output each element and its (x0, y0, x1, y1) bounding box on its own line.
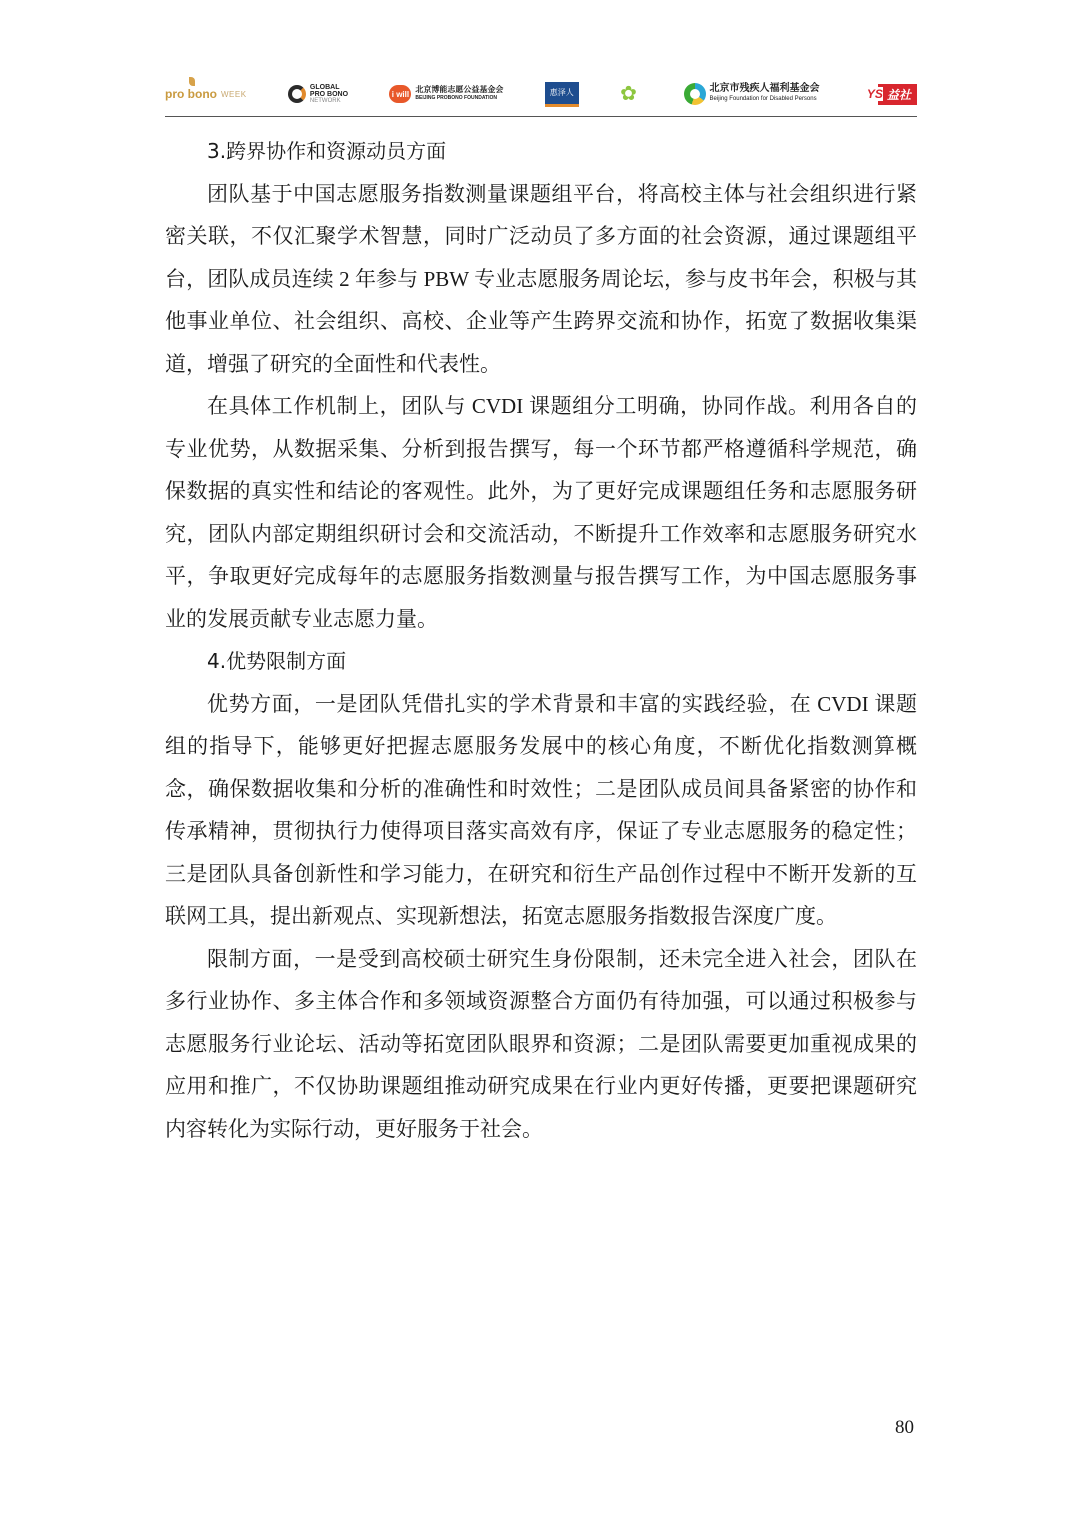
logo-subtitle: BEIJING PROBONO FOUNDATION (415, 94, 503, 103)
page-number: 80 (895, 1417, 914, 1439)
beijing-probono-foundation-logo: i will 北京博能志愿公益基金会 BEIJING PROBONO FOUND… (389, 85, 503, 103)
logo-text: 益社 (887, 86, 911, 103)
section-heading: 4.优势限制方面 (165, 640, 917, 683)
logo-suffix: WEEK (221, 90, 247, 99)
document-body: 3.跨界协作和资源动员方面 团队基于中国志愿服务指数测量课题组平台，将高校主体与… (165, 130, 917, 1150)
logo-subtitle: Beijing Foundation for Disabled Persons (710, 94, 820, 104)
circle-emblem-icon (684, 83, 706, 105)
beijing-foundation-disabled-persons-logo: 北京市残疾人福利基金会 Beijing Foundation for Disab… (684, 83, 820, 105)
clover-icon: ✿ (620, 83, 642, 105)
paragraph: 优势方面，一是团队凭借扎实的学术背景和丰富的实践经验，在 CVDI 课题组的指导… (165, 683, 917, 938)
logo-line: NETWORK (310, 98, 348, 105)
logo-header: pro bono WEEK GLOBAL PRO BONO NETWORK i … (165, 72, 917, 116)
ring-icon (288, 85, 306, 103)
section-heading: 3.跨界协作和资源动员方面 (165, 130, 917, 173)
paragraph: 团队基于中国志愿服务指数测量课题组平台，将高校主体与社会组织进行紧密关联，不仅汇… (165, 173, 917, 386)
ys-yishe-logo: YS 益社 (861, 84, 917, 105)
pro-bono-week-logo: pro bono WEEK (165, 87, 247, 101)
iwill-badge-icon: i will (389, 85, 411, 103)
logo-text: pro bono (165, 87, 217, 101)
flag-icon (189, 77, 195, 86)
blue-square-logo: 惠泽人 (545, 82, 579, 107)
logo-prefix: YS (867, 87, 883, 101)
paragraph: 在具体工作机制上，团队与 CVDI 课题组分工明确，协同作战。利用各自的专业优势… (165, 385, 917, 640)
logo-line: GLOBAL (310, 84, 348, 91)
header-divider (165, 116, 917, 117)
paragraph: 限制方面，一是受到高校硕士研究生身份限制，还未完全进入社会，团队在多行业协作、多… (165, 938, 917, 1151)
logo-title: 北京博能志愿公益基金会 (415, 85, 503, 94)
global-pro-bono-network-logo: GLOBAL PRO BONO NETWORK (288, 84, 348, 105)
logo-line: PRO BONO (310, 91, 348, 98)
logo-title: 北京市残疾人福利基金会 (710, 84, 820, 94)
